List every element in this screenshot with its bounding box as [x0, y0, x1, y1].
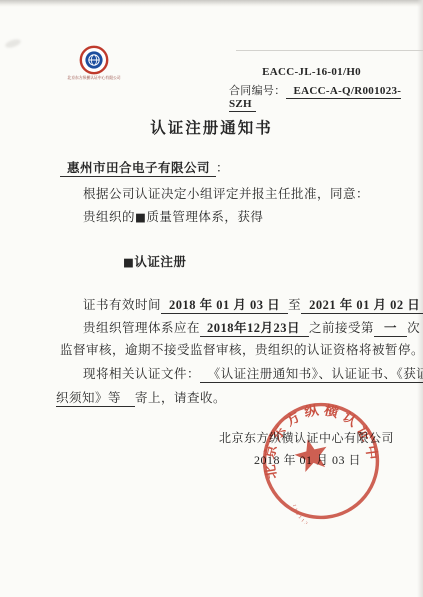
scanned-notice-page: 北京东方纵横认证中心有限公司 EACC-JL-16-01/H0 合同编号：EAC… — [0, 0, 423, 597]
documents-line-2: 织须知》等寄上，请查收。 — [56, 390, 226, 406]
svg-text:110113022770: 110113022770 — [291, 500, 335, 528]
validity-label: 证书有效时间 — [83, 298, 161, 312]
red-seal-arc-text: 北京东方纵横认证中心有限公司 — [254, 394, 382, 481]
red-seal-star-icon — [292, 435, 332, 473]
scope-line: 贵组织的■质量管理体系，获得 — [83, 209, 263, 225]
surveillance-prefix: 贵组织管理体系应在 — [83, 321, 200, 335]
scope-text: 质量管理体系，获得 — [146, 210, 263, 224]
documents-prefix: 现将相关认证文件： — [83, 367, 200, 381]
validity-start-date: 2018 年 01 月 03 日 — [161, 298, 288, 314]
grant-text: 认证注册 — [134, 255, 186, 269]
red-seal: 北京东方纵横认证中心有限公司 110113022770 — [254, 394, 388, 528]
surveillance-line-1: 贵组织管理体系应在2018年12月23日之前接受第一次 — [83, 320, 420, 336]
grant-line: ■认证注册 — [123, 254, 186, 270]
surveillance-count: 一 — [374, 321, 407, 337]
form-code: EACC-JL-16-01/H0 — [262, 66, 361, 78]
scan-smudge — [4, 38, 21, 50]
approval-line: 根据公司认证决定小组评定并报主任批准，同意： — [83, 186, 369, 202]
surveillance-line-2: 监督审核，逾期不接受监督审核，贵组织的认证资格将被暂停。 — [60, 342, 423, 358]
recipient-line: 惠州市田合电子有限公司： — [60, 160, 229, 176]
validity-line: 证书有效时间2018 年 01 月 03 日至2021 年 01 月 02 日。 — [83, 297, 423, 313]
page-title: 认证注册通知书 — [0, 116, 423, 138]
recipient-name: 惠州市田合电子有限公司 — [60, 161, 216, 177]
validity-end-date: 2021 年 01 月 02 日 — [301, 298, 423, 314]
red-seal-serial: 110113022770 — [291, 500, 335, 528]
validity-to: 至 — [288, 298, 301, 312]
certifier-logo: 北京东方纵横认证中心有限公司 — [62, 45, 126, 80]
certifier-logo-emblem-icon — [79, 45, 109, 75]
header-rule — [236, 50, 423, 51]
documents-line-1: 现将相关认证文件：《认证注册通知书》、认证证书、《获证组 — [83, 366, 423, 382]
scan-top-shadow — [0, 0, 423, 7]
scope-prefix: 贵组织的 — [83, 210, 135, 224]
certifier-logo-caption: 北京东方纵横认证中心有限公司 — [64, 75, 125, 80]
documents-list-part1: 《认证注册通知书》、认证证书、《获证组 — [200, 367, 423, 383]
documents-list-part2: 织须知》等 — [56, 391, 135, 407]
surveillance-tail: 次 — [407, 321, 420, 335]
scope-checkbox-filled-icon: ■ — [135, 210, 146, 224]
svg-text:北京东方纵横认证中心有限公司: 北京东方纵横认证中心有限公司 — [254, 394, 382, 481]
contract-number-line: 合同编号：EACC-A-Q/R001023-SZH — [229, 82, 423, 110]
documents-tail: 寄上，请查收。 — [135, 391, 226, 405]
contract-number-label: 合同编号： — [229, 85, 286, 97]
surveillance-mid: 之前接受第 — [309, 321, 374, 335]
recipient-colon: ： — [216, 161, 229, 175]
grant-checkbox-filled-icon: ■ — [123, 255, 134, 269]
surveillance-date: 2018年12月23日 — [200, 321, 309, 337]
red-seal-icon: 北京东方纵横认证中心有限公司 110113022770 — [254, 394, 388, 528]
